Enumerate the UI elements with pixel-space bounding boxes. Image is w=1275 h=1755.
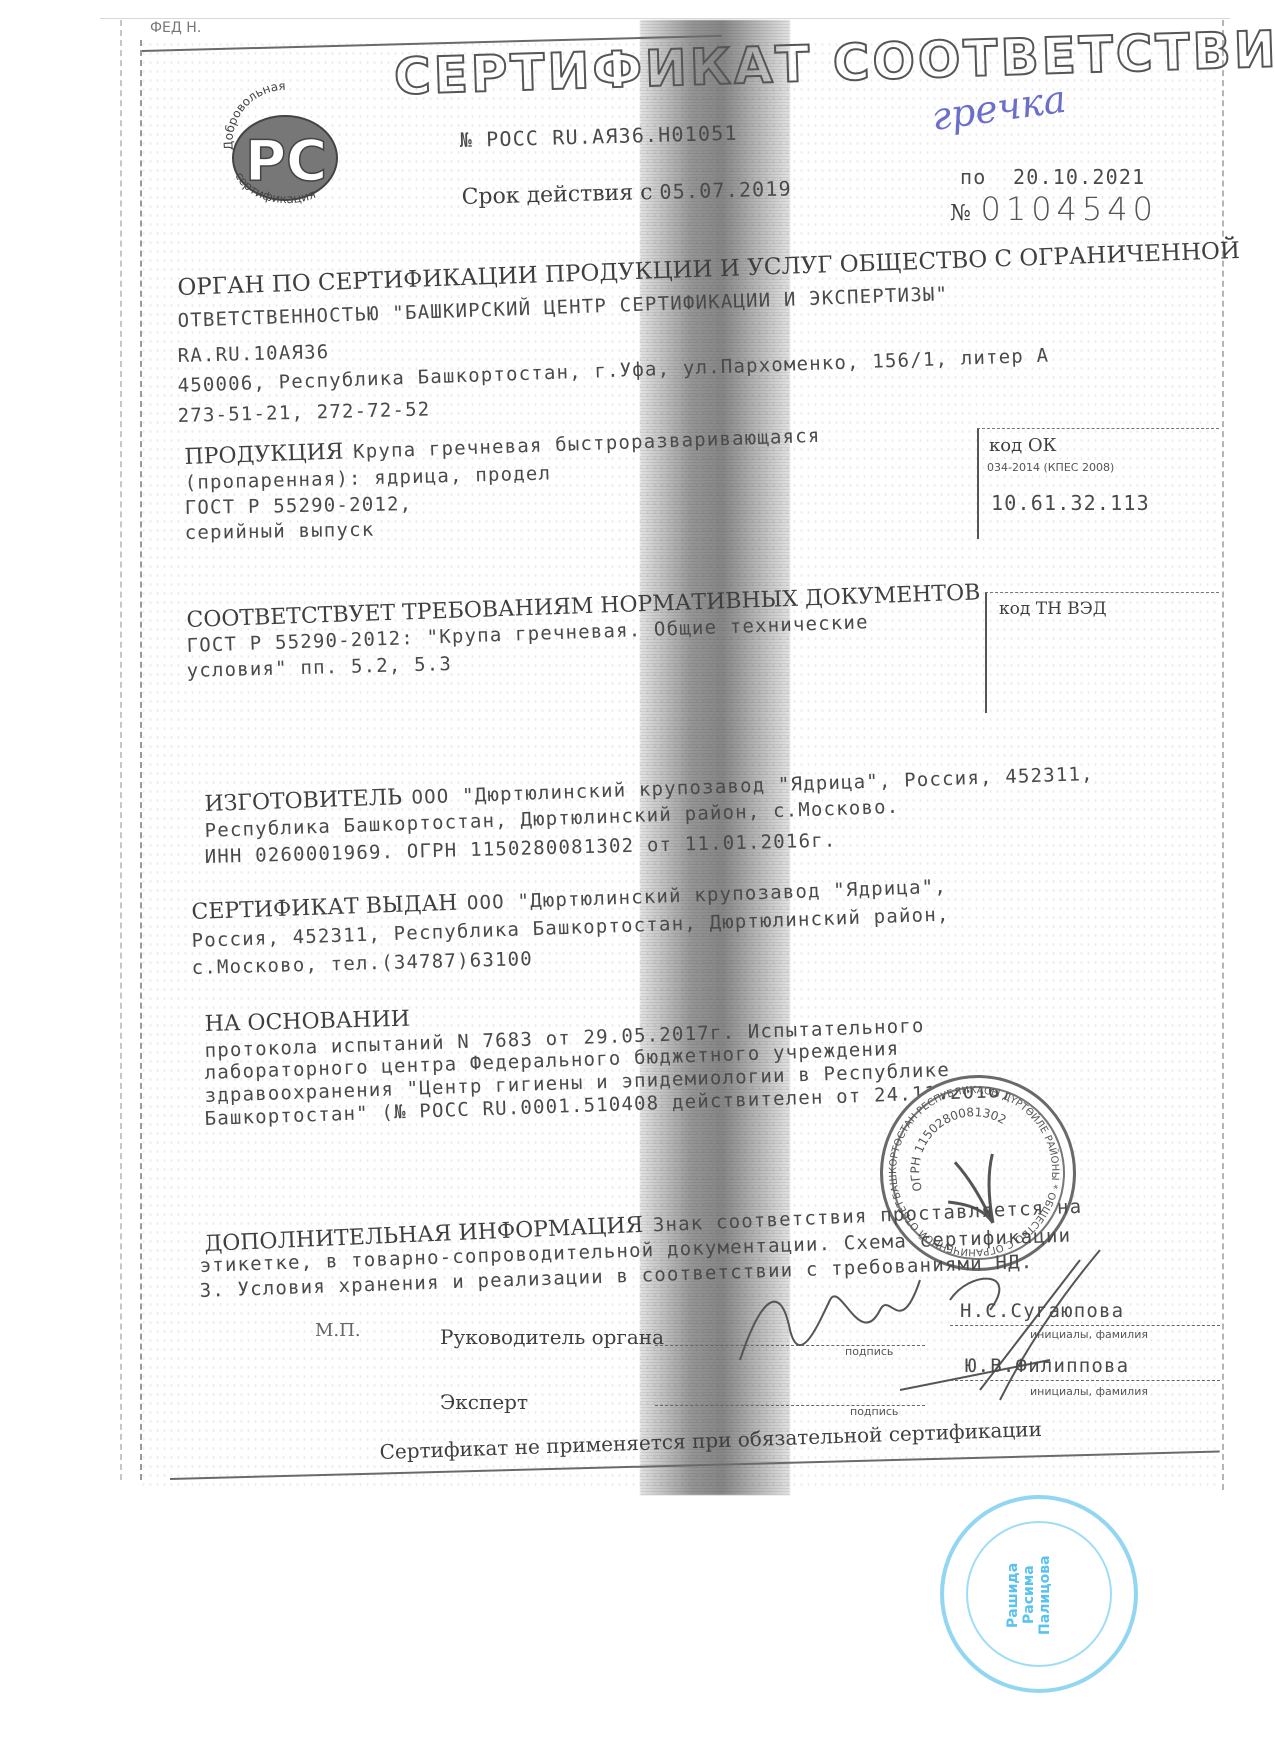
- product-line-4: серийный выпуск: [185, 519, 375, 544]
- left-outer-border: [120, 20, 122, 1480]
- rosstest-rs-logo-icon: РС Добровольная сертификация: [215, 80, 355, 210]
- validity-to-date: 20.10.2021: [1013, 165, 1145, 189]
- product-line-3: ГОСТ Р 55290-2012,: [185, 493, 413, 519]
- head-role: Руководитель органа: [440, 1325, 664, 1349]
- cert-body-line-3: RA.RU.10АЯ36: [177, 341, 329, 367]
- validity-to-label: по: [960, 165, 986, 189]
- expert-name: Ю.В.Филиппова: [965, 1355, 1129, 1377]
- head-sign-caption: подпись: [845, 1345, 893, 1358]
- expert-sign-caption: подпись: [850, 1405, 898, 1418]
- validity-label: Срок действия с: [461, 180, 652, 210]
- validity-from: 05.07.2019: [659, 176, 792, 203]
- blue-seal-line-1: Рашида: [1005, 1540, 1021, 1650]
- code-ok-label: код ОК: [989, 435, 1057, 456]
- head-name-caption: инициалы, фамилия: [1030, 1328, 1148, 1341]
- code-tnved-box: код ТН ВЭД: [985, 592, 1219, 713]
- blue-seal-line-2: Расима: [1021, 1540, 1037, 1650]
- scan-edge: [100, 18, 1230, 19]
- blue-seal-line-3: Палицова: [1037, 1540, 1053, 1650]
- seal-label: М.П.: [315, 1320, 361, 1341]
- expert-name-line: [950, 1380, 1220, 1381]
- expert-role: Эксперт: [440, 1390, 528, 1414]
- code-ok-box: код ОК 034-2014 (КПЕС 2008) 10.61.32.113: [977, 428, 1219, 539]
- code-ok-sublabel: 034-2014 (КПЕС 2008): [987, 461, 1114, 474]
- validity-to: по 20.10.2021: [960, 165, 1145, 189]
- blank-number-label: №: [950, 201, 971, 226]
- svg-text:ОГРН 1150280081302: ОГРН 1150280081302: [889, 1091, 1022, 1194]
- code-tnved-label: код ТН ВЭД: [999, 599, 1107, 619]
- expert-name-caption: инициалы, фамилия: [1030, 1385, 1148, 1398]
- head-name: Н.С.Сугаюпова: [960, 1300, 1124, 1322]
- code-ok-value: 10.61.32.113: [991, 491, 1150, 515]
- left-border: [140, 40, 142, 1480]
- head-name-line: [950, 1325, 1220, 1326]
- blue-seal-center: Рашида Расима Палицова: [1005, 1540, 1085, 1650]
- top-fragment: ФЕД Н.: [150, 20, 201, 36]
- blank-number: № 0104540: [950, 190, 1158, 228]
- blank-number-value: 0104540: [980, 190, 1158, 228]
